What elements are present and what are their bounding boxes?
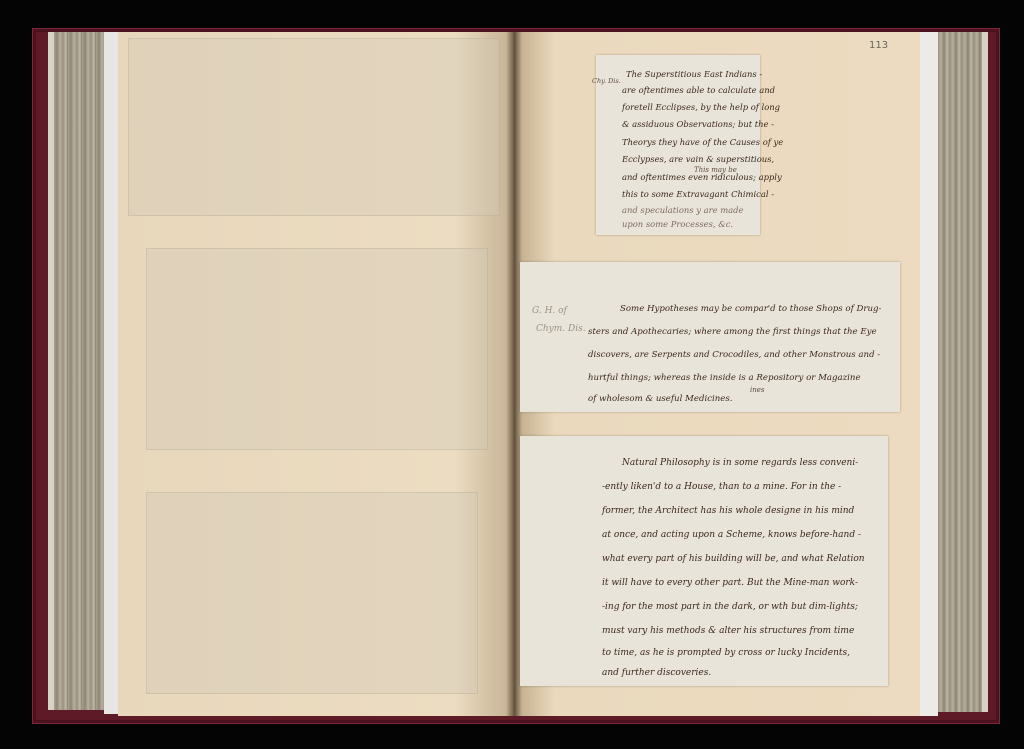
folio-number: 113 xyxy=(869,40,888,51)
slip-line: at once, and acting upon a Scheme, knows… xyxy=(602,530,861,540)
slip-line: and further discoveries. xyxy=(602,668,711,678)
slip-line: The Superstitious East Indians - xyxy=(626,69,762,79)
margin-note: Chy. Dis. xyxy=(592,77,621,85)
page-block-left xyxy=(48,32,112,710)
slip-line: former, the Architect has his whole desi… xyxy=(602,506,854,516)
slip-line: and speculations y are made xyxy=(622,205,743,215)
show-through-slip xyxy=(146,492,478,694)
slip-line: hurtful things; whereas the inside is a … xyxy=(588,373,861,383)
slip-line: are oftentimes able to calculate and xyxy=(622,85,775,95)
slip-line: sters and Apothecaries; where among the … xyxy=(588,327,877,337)
slip-line: it will have to every other part. But th… xyxy=(602,578,858,588)
slip-line: Natural Philosophy is in some regards le… xyxy=(622,458,858,468)
slip-line: discovers, are Serpents and Crocodiles, … xyxy=(588,350,880,360)
slip-line: foretell Ecclipses, by the help of long xyxy=(622,102,780,112)
slip-line: to time, as he is prompted by cross or l… xyxy=(602,648,850,658)
page-block-right xyxy=(938,32,988,712)
slip-line: what every part of his building will be,… xyxy=(602,554,865,564)
slip-line: Theorys they have of the Causes of ye xyxy=(622,137,783,147)
margin-note: Chym. Dis. xyxy=(536,324,586,334)
page-edge-right xyxy=(920,32,938,716)
slip-line: Ecclypses, are vain & superstitious, xyxy=(622,154,774,164)
slip-line: Some Hypotheses may be compar'd to those… xyxy=(620,304,881,314)
slip-line: of wholesom & useful Medicines. xyxy=(588,394,733,404)
interlinear-note: ines xyxy=(750,386,764,394)
slip-line: and oftentimes even ridiculous; apply xyxy=(622,172,782,182)
manuscript-slip-3: Natural Philosophy is in some regards le… xyxy=(520,436,888,686)
left-page xyxy=(118,32,514,716)
slip-line: upon some Processes, &c. xyxy=(622,219,733,229)
slip-line: & assiduous Observations; but the - xyxy=(622,119,774,129)
slip-line: -ently liken'd to a House, than to a min… xyxy=(602,482,841,492)
slip-line: -ing for the most part in the dark, or w… xyxy=(602,602,858,612)
show-through-slip xyxy=(146,248,488,450)
show-through-slip xyxy=(128,38,500,216)
slip-line: this to some Extravagant Chimical - xyxy=(622,189,774,199)
page-edge-left xyxy=(104,32,118,714)
margin-note: G. H. of xyxy=(532,306,567,316)
slip-line: must vary his methods & alter his struct… xyxy=(602,626,854,636)
manuscript-slip-1: Chy. Dis. The Superstitious East Indians… xyxy=(596,55,760,235)
manuscript-slip-2: G. H. of Chym. Dis. Some Hypotheses may … xyxy=(520,262,900,412)
